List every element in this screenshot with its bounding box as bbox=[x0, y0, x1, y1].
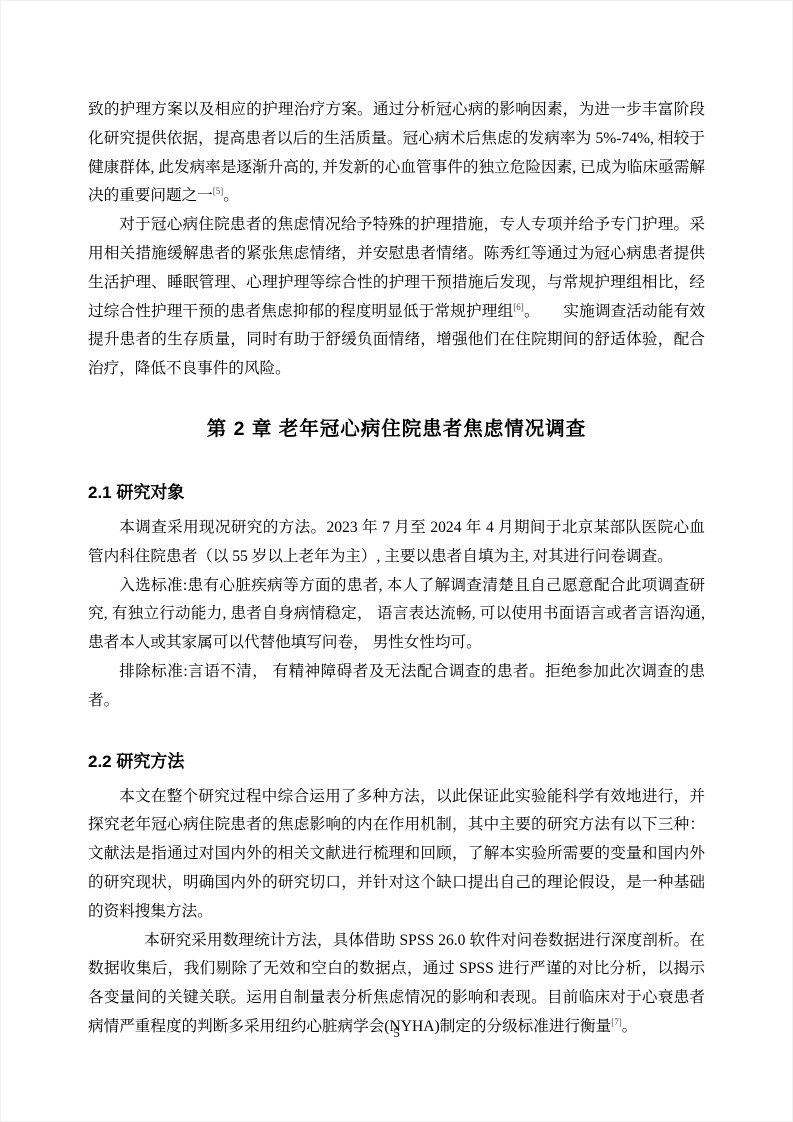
chapter-title: 第 2 章 老年冠心病住院患者焦虑情况调查 bbox=[88, 414, 705, 444]
paragraph-intro-nursing: 对于冠心病住院患者的焦虑情况给予特殊的护理措施，专人专项并给予专门护理。采用相关… bbox=[88, 211, 705, 384]
document-page: 致的护理方案以及相应的护理治疗方案。通过分析冠心病的影响因素，为进一步丰富阶段化… bbox=[0, 0, 793, 1122]
paragraph-2-2-spss-analysis: 本研究采用数理统计方法，具体借助 SPSS 26.0 软件对问卷数据进行深度剖析… bbox=[88, 927, 705, 1042]
paragraph-2-2-methods-overview: 本文在整个研究过程中综合运用了多种方法，以此保证此实验能科学有效地进行，并探究老… bbox=[88, 783, 705, 927]
paragraph-2-1-inclusion-criteria: 入选标准:患有心脏疾病等方面的患者, 本人了解调查清楚且自己愿意配合此项调查研究… bbox=[88, 572, 705, 658]
section-heading-2-1: 2.1 研究对象 bbox=[88, 480, 705, 506]
paragraph-2-1-study-subjects: 本调查采用现况研究的方法。2023 年 7 月至 2024 年 4 月期间于北京… bbox=[88, 514, 705, 572]
citation-ref: [6] bbox=[513, 301, 524, 311]
page-number: 5 bbox=[0, 1026, 793, 1041]
section-heading-2-2: 2.2 研究方法 bbox=[88, 749, 705, 775]
paragraph-intro-continuation: 致的护理方案以及相应的护理治疗方案。通过分析冠心病的影响因素，为进一步丰富阶段化… bbox=[88, 96, 705, 211]
citation-ref: [5] bbox=[213, 186, 224, 196]
paragraph-2-1-exclusion-criteria: 排除标准:言语不清， 有精神障碍者及无法配合调查的患者。拒绝参加此次调查的患者。 bbox=[88, 658, 705, 716]
